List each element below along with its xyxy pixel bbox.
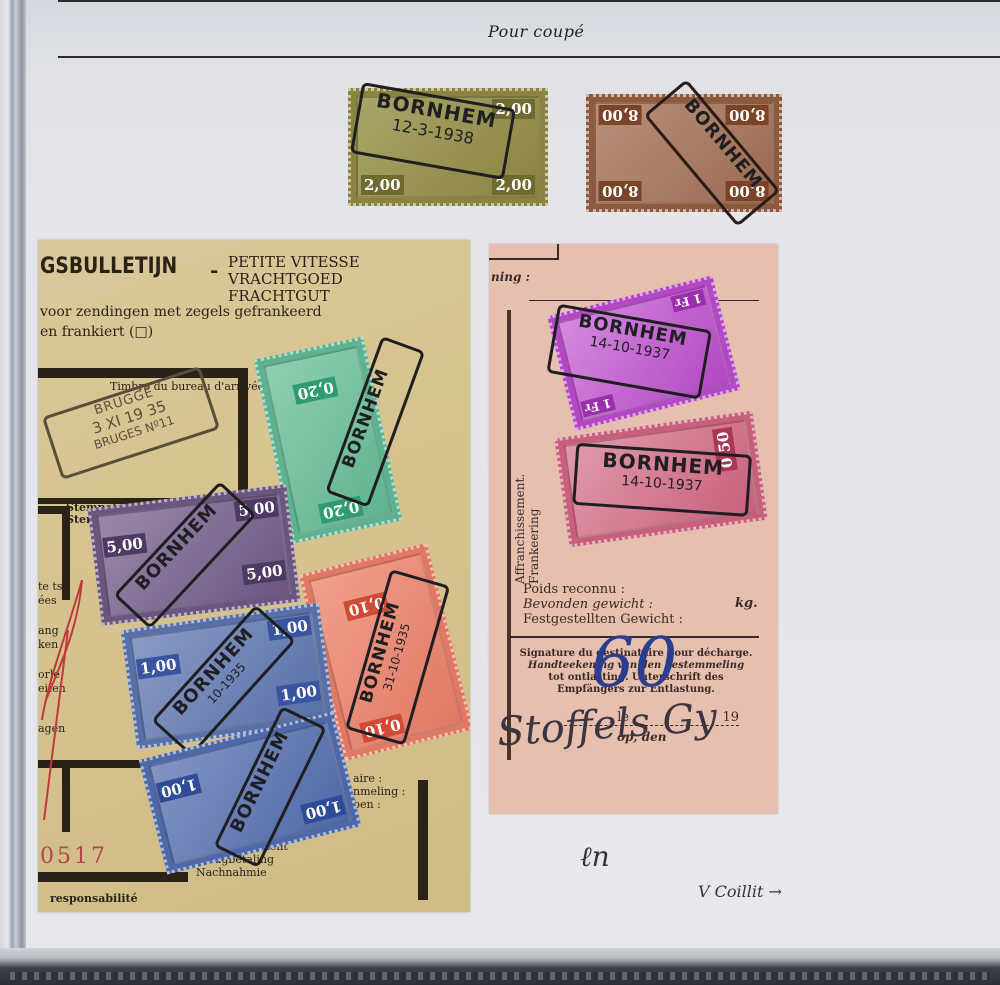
page-heading: Pour coupé — [488, 22, 584, 41]
handwritten-number: 0517 — [40, 844, 108, 869]
stamp-1fr-violet: 1 Fr 1 Fr BORNHEM 14-10-1937 — [547, 275, 740, 431]
form-bar — [38, 872, 188, 882]
waybill-note: voor zendingen met zegels gefrankeerd en… — [40, 302, 322, 342]
weight-unit: kg. — [735, 596, 758, 611]
form-bar — [38, 368, 248, 378]
margin-note-1: ℓn — [580, 840, 610, 874]
stamp-value: 8,00 — [599, 105, 642, 125]
franking-side-labels: Affranchissement. Frankeering — [513, 474, 541, 584]
margin-note-2: V Coillit → — [698, 882, 782, 901]
stamp-5-00-purple: 5,00 5,00 5,00 BORNHEM — [88, 484, 301, 625]
waybill-subtitle: PETITE VITESSE VRACHTGOED FRACHTGUT — [228, 254, 360, 305]
waybill-title: GSBULLETIJN — [40, 254, 177, 279]
form-bar — [418, 780, 428, 900]
form-bar — [238, 378, 248, 500]
stamp-8-00-brown: 8,00 8,00 8,00 8,00 BORNHEM — [586, 94, 782, 212]
page-header-rule — [58, 56, 1000, 58]
stamp-2-00-olive: 2,00 2,00 2,00 BORNHEM 12-3-1938 — [348, 88, 548, 206]
weight-labels: Poids reconnu : Bevonden gewicht : Festg… — [523, 582, 683, 627]
footer-label: responsabilité — [50, 892, 138, 905]
stamp-value: 8,00 — [599, 181, 642, 201]
red-pencil-mark — [38, 570, 98, 830]
bornhem-cancel: BORNHEM 14-10-1937 — [572, 443, 752, 517]
stamp-value: 2,00 — [361, 175, 404, 195]
album-sleeve-edge — [0, 948, 1000, 985]
stamp-0-50-carmine: 0,50 BORNHEM 14-10-1937 — [554, 411, 767, 548]
receipt-fragment-pink: ning : Affranchissement. Frankeering Poi… — [489, 244, 778, 814]
right-fragments: aire : nmeling : ben : — [353, 772, 405, 811]
stamp-value: 8,00 — [726, 105, 769, 125]
handwritten-number: 60 — [591, 624, 678, 703]
page-top-rule — [58, 0, 1000, 2]
top-fragment: ning : — [491, 270, 530, 284]
signature: Stoffels Gy — [496, 694, 719, 755]
form-box — [489, 244, 559, 260]
waybill-dash: - — [210, 258, 218, 282]
waybill-fragment-petite-vitesse: GSBULLETIJN - PETITE VITESSE VRACHTGOED … — [38, 240, 470, 912]
